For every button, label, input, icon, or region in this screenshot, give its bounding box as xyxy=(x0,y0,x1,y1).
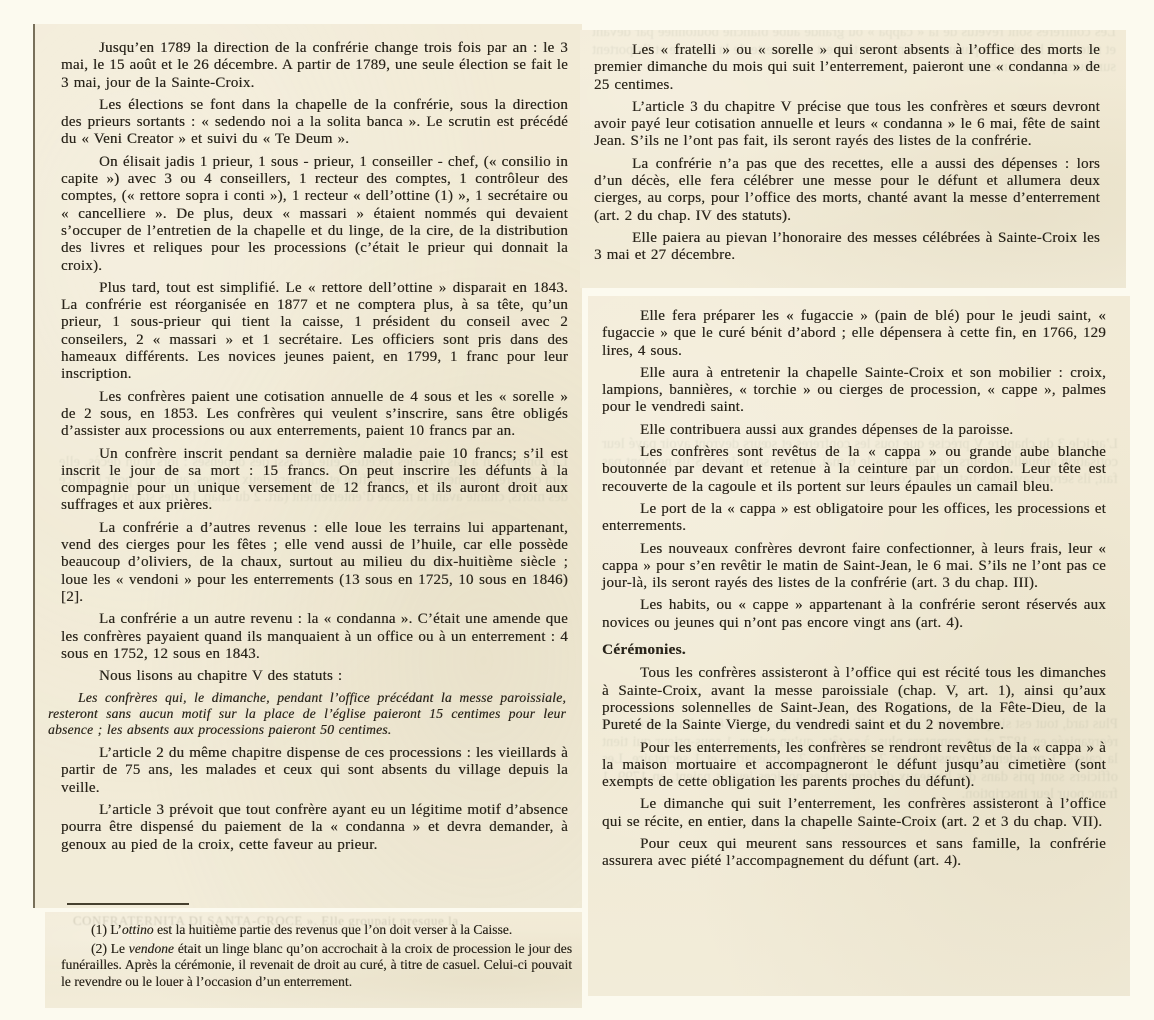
paragraph: Elle fera préparer les « fugaccie » (pai… xyxy=(602,308,1106,360)
footnote: (1) L’ottino est la huitième partie des … xyxy=(61,922,572,938)
paragraph: Elle paiera au pievan l’honoraire des me… xyxy=(594,230,1100,265)
footnote-separator xyxy=(67,903,189,905)
paragraph: Pour les enterrements, les confrères se … xyxy=(602,740,1106,792)
paragraph: Un confrère inscrit pendant sa dernière … xyxy=(61,446,568,515)
paragraph: Elle contribuera aussi aux grandes dépen… xyxy=(602,422,1106,439)
right-top-clipping: Les confrères sont revêtus de la « cappa… xyxy=(580,30,1126,288)
right-top-text: Les « fratelli » ou « sorelle » qui sero… xyxy=(594,42,1100,265)
paragraph: Tous les confrères assisteront à l’offic… xyxy=(602,665,1106,734)
paragraph: Les « fratelli » ou « sorelle » qui sero… xyxy=(594,42,1100,94)
paragraph: Le port de la « cappa » est obligatoire … xyxy=(602,501,1106,536)
paragraph: Plus tard, tout est simplifié. Le « rett… xyxy=(61,280,568,384)
footnote-text: est la huitième partie des revenus que l… xyxy=(154,922,513,937)
paragraph: Les élections se font dans la chapelle d… xyxy=(61,97,568,149)
paragraph: La confrérie a d’autres revenus : elle l… xyxy=(61,520,568,606)
footnotes-text: (1) L’ottino est la huitième partie des … xyxy=(61,922,572,990)
footnote-number: (1) L’ xyxy=(91,922,122,937)
footnote: (2) Le vendone était un linge blanc qu’o… xyxy=(61,941,572,990)
paragraph: Les habits, ou « cappe » appartenant à l… xyxy=(602,597,1106,632)
footnotes-clipping: CONFRATERNITA DI SANTA-CROCE ». Elle gro… xyxy=(45,912,582,1008)
left-column-clipping: La confrérie n’a pas que des recettes, e… xyxy=(33,24,582,908)
paragraph: Les nouveaux confrères devront faire con… xyxy=(602,541,1106,593)
paragraph: Nous lisons au chapitre V des statuts : xyxy=(61,668,568,685)
paragraph: Les confrères paient une cotisation annu… xyxy=(61,389,568,441)
statute-quote: Les confrères qui, le dimanche, pendant … xyxy=(48,690,566,738)
footnote-number: (2) Le xyxy=(91,941,129,956)
scanned-page: La confrérie n’a pas que des recettes, e… xyxy=(0,0,1154,1020)
paragraph: L’article 2 du même chapitre dispense de… xyxy=(61,745,568,797)
footnote-term: vendone xyxy=(129,941,174,956)
paragraph: La confrérie a un autre revenu : la « co… xyxy=(61,611,568,663)
paragraph: L’article 3 prévoit que tout confrère ay… xyxy=(61,802,568,854)
footnote-term: ottino xyxy=(122,922,154,937)
paragraph: Les confrères sont revêtus de la « cappa… xyxy=(602,444,1106,496)
paragraph: La confrérie n’a pas que des recettes, e… xyxy=(594,156,1100,225)
paragraph: L’article 3 du chapitre V précise que to… xyxy=(594,99,1100,151)
paragraph: Pour ceux qui meurent sans ressources et… xyxy=(602,836,1106,871)
paragraph: On élisait jadis 1 prieur, 1 sous - prie… xyxy=(61,154,568,275)
paragraph: Le dimanche qui suit l’enterrement, les … xyxy=(602,796,1106,831)
paragraph: Jusqu’en 1789 la direction de la confrér… xyxy=(61,40,568,92)
right-bottom-clipping: L’article 3 du chapitre V précise que to… xyxy=(588,296,1130,996)
paragraph: Elle aura à entretenir la chapelle Saint… xyxy=(602,365,1106,417)
right-bottom-text: Elle fera préparer les « fugaccie » (pai… xyxy=(602,308,1106,871)
section-heading: Cérémonies. xyxy=(602,641,1106,658)
left-column-text: Jusqu’en 1789 la direction de la confrér… xyxy=(61,40,568,854)
